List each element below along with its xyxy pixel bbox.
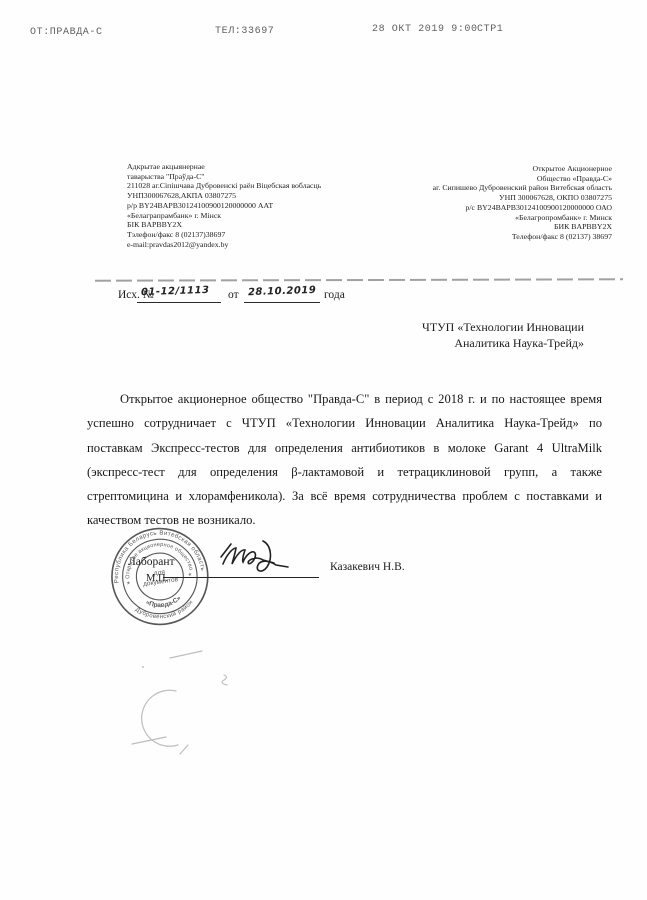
scan-noise-tick: [180, 745, 188, 754]
sender-right-line: р/с BY24BAPB30124100900120000000 ОАО: [433, 203, 612, 213]
sender-block-right: Открытое Акционерное Общество «Правда-С»…: [433, 164, 612, 242]
body-line: поставкам Экспресс-тестов для определени…: [87, 436, 602, 460]
ref-date-handwritten: 28.10.2019: [248, 285, 317, 298]
sender-right-line: Телефон/факс 8 (02137) 38697: [433, 232, 612, 242]
scan-noise-dot: [142, 666, 144, 668]
scan-artifact-line: [95, 278, 623, 281]
fax-datetime: 28 ОКТ 2019 9:00: [372, 24, 478, 35]
sender-right-line: УНП 300067628, ОКПО 03807275: [433, 193, 612, 203]
ref-number-handwritten: 01-12/1113: [141, 285, 210, 298]
sender-right-line: БИК BAPBBY2X: [433, 222, 612, 232]
sender-right-line: аг. Сипишево Дубровенский район Витебска…: [433, 183, 612, 193]
stamp-center-line2: документов: [143, 576, 179, 588]
sender-left-line: Адкрытае акцыянернае: [127, 162, 321, 172]
stamp-star-right: *: [188, 571, 193, 580]
signature-stroke: [221, 544, 231, 557]
sender-right-line: «Белагропромбанк» г. Минск: [433, 213, 612, 223]
signature-scribble: [218, 536, 298, 584]
sender-left-line: р/р BY24BAPB30124100900120000000 ААТ: [127, 201, 321, 211]
sender-left-line: e-mail:pravdas2012@yandex.by: [127, 240, 321, 250]
scan-noise-squiggle: [222, 675, 227, 685]
signature-stroke: [257, 541, 288, 571]
sender-left-line: УНП300067628,АКПА 03807275: [127, 191, 321, 201]
fax-phone: ТЕЛ:33697: [215, 26, 274, 37]
addressee-line: Аналитика Наука-Трейд»: [422, 336, 584, 352]
scanned-letter-page: ОТ:ПРАВДА-С ТЕЛ:33697 28 ОКТ 2019 9:00 С…: [0, 0, 647, 900]
ref-date-underline: [244, 302, 320, 303]
scan-noise-dash: [170, 651, 202, 658]
fax-sender: ОТ:ПРАВДА-С: [30, 27, 103, 38]
fax-page-number: СТР1: [477, 24, 503, 35]
sender-left-line: БІК BAPBBY2X: [127, 220, 321, 230]
body-line: (экспресс-тест для определения β-лактамо…: [87, 460, 602, 484]
scan-noise-marks: [112, 644, 268, 780]
company-round-stamp: Республика Беларусь Витебская область Ду…: [100, 520, 219, 635]
addressee-block: ЧТУП «Технологии Инновации Аналитика Нау…: [422, 320, 584, 351]
body-line: Открытое акционерное общество "Правда-С"…: [87, 387, 602, 411]
stamp-star-left: *: [126, 580, 131, 589]
letter-body: Открытое акционерное общество "Правда-С"…: [87, 387, 602, 533]
sender-left-line: «Белаграпрамбанк» г. Мінск: [127, 211, 321, 221]
sender-block-left: Адкрытае акцыянернае таварыства "Праўда-…: [127, 162, 321, 249]
body-line: стрептомицина и хлорамфеникола). За всё …: [87, 484, 602, 508]
signer-name: Казакевич Н.В.: [330, 561, 405, 573]
stamp-inner-ring: [133, 550, 186, 603]
body-line: успешно сотрудничает с ЧТУП «Технологии …: [87, 411, 602, 435]
stamp-center-line1: для: [153, 569, 165, 578]
ref-from-word: от: [228, 289, 239, 301]
sender-left-line: 211028 аг.Сіпішчава Дубровенскі раён Віц…: [127, 181, 321, 191]
ref-suffix: года: [324, 289, 345, 301]
sender-right-line: Открытое Акционерное: [433, 164, 612, 174]
ref-number-underline: [137, 302, 221, 303]
sender-left-line: Тэлефон/факс 8 (02137)38697: [127, 230, 321, 240]
addressee-line: ЧТУП «Технологии Инновации: [422, 320, 584, 336]
sender-right-line: Общество «Правда-С»: [433, 174, 612, 184]
sender-left-line: таварыства "Праўда-С": [127, 172, 321, 182]
